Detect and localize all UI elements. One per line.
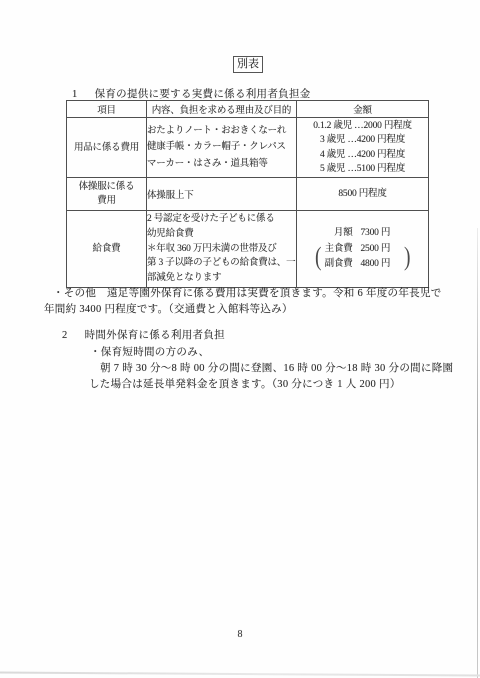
- supplies-amount-line4: 5 歳児 …5100 円程度: [297, 162, 428, 176]
- meal-staple-row: 主食費 2500 円: [323, 242, 403, 257]
- gym-amount-text: 8500 円程度: [338, 189, 386, 199]
- meal-staple-label: 主食費: [323, 242, 353, 257]
- meal-desc-line3: ＊年収 360 万円未満の世帯及び: [147, 242, 296, 257]
- table-row-supplies: 用品に係る費用 おたよりノート・おおきくなーれ 健康手帳・カラー帽子・クレパス …: [67, 118, 429, 178]
- supplies-amount-line3: 4 歳児 …4200 円程度: [297, 148, 428, 162]
- meal-side-label: 副食費: [323, 257, 353, 272]
- table-header-row: 項目 内容、負担を求める理由及び目的 金額: [67, 101, 429, 118]
- meal-monthly-label: 月額: [323, 226, 353, 241]
- section2-number: 2: [62, 330, 68, 341]
- bracket-left: (: [315, 243, 321, 271]
- meal-item-label: 給食費: [67, 242, 146, 256]
- column-header-item: 項目: [67, 101, 147, 118]
- meal-fees-block: 月額 7300 円 ( 主食費 2500 円 副食費: [297, 226, 428, 272]
- meal-bracket-rows: 主食費 2500 円 副食費 4800 円: [323, 242, 403, 272]
- meal-desc-line4: 第 3 子以降の子どもの給食費は、一: [147, 256, 296, 271]
- supplies-description-cell: おたよりノート・おおきくなーれ 健康手帳・カラー帽子・クレパス マーカー・はさみ…: [147, 118, 297, 178]
- appendix-tag-box: 別表: [233, 56, 263, 73]
- section2-heading: 2時間外保育に係る利用者負担: [62, 327, 225, 342]
- meal-staple-value: 2500 円: [361, 242, 403, 257]
- scan-edge-bottom-artifact: [0, 671, 480, 676]
- other-costs-note-line2: 年間約 3400 円程度です。（交通費と入館料等込み）: [44, 301, 293, 316]
- section2-title: 時間外保育に係る利用者負担: [85, 327, 225, 342]
- gym-desc-text: 体操服上下: [147, 191, 194, 201]
- meal-description-cell: 2 号認定を受けた子どもに係る 幼児給食費 ＊年収 360 万円未満の世帯及び …: [147, 211, 297, 288]
- scan-edge-right-artifact: [477, 228, 478, 678]
- table-row-meal-fee: 給食費 2 号認定を受けた子どもに係る 幼児給食費 ＊年収 360 万円未満の世…: [67, 211, 429, 288]
- gym-item-label-line2: 費用: [67, 194, 146, 208]
- other-costs-note-line1: ・その他 遠足等園外保育に係る費用は実費を頂きます。令和 6 年度の年長児で: [53, 285, 442, 300]
- table-row-gym-clothes: 体操服に係る 費用 体操服上下 8500 円程度: [67, 178, 429, 211]
- fees-table: 項目 内容、負担を求める理由及び目的 金額 用品に係る費用 おたよりノート・おお…: [66, 100, 429, 288]
- supplies-desc-line3: マーカー・はさみ・道具箱等: [147, 156, 296, 173]
- supplies-desc-line2: 健康手帳・カラー帽子・クレパス: [147, 139, 296, 156]
- section1-heading: 1保育の提供に要する実費に係る利用者負担金: [72, 86, 311, 101]
- gym-item-cell: 体操服に係る 費用: [67, 178, 147, 211]
- section2-detail-line2: した場合は延長単発料金を頂きます。（30 分につき 1 人 200 円）: [89, 376, 401, 391]
- gym-description-cell: 体操服上下: [147, 178, 297, 211]
- section1-number: 1: [72, 89, 78, 100]
- meal-desc-line1: 2 号認定を受けた子どもに係る: [147, 212, 296, 227]
- section2-bullet-line: ・保育短時間の方のみ、: [90, 344, 209, 359]
- column-header-description: 内容、負担を求める理由及び目的: [147, 101, 297, 118]
- bracket-right: ): [404, 243, 410, 271]
- supplies-item-cell: 用品に係る費用: [67, 118, 147, 178]
- supplies-amount-line2: 3 歳児 …4200 円程度: [297, 133, 428, 147]
- supplies-amount-line1: 0.1.2 歳児 …2000 円程度: [297, 119, 428, 133]
- supplies-amount-cell: 0.1.2 歳児 …2000 円程度 3 歳児 …4200 円程度 4 歳児 ……: [297, 118, 429, 178]
- scanned-document-page: 別表 1保育の提供に要する実費に係る利用者負担金 項目 内容、負担を求める理由及…: [0, 0, 480, 678]
- meal-amount-cell: 月額 7300 円 ( 主食費 2500 円 副食費: [297, 211, 429, 288]
- meal-bracket-group: ( 主食費 2500 円 副食費 4800 円: [314, 242, 411, 272]
- supplies-desc-line1: おたよりノート・おおきくなーれ: [147, 123, 296, 140]
- gym-item-label-line1: 体操服に係る: [67, 180, 146, 194]
- meal-desc-line2: 幼児給食費: [147, 227, 296, 242]
- page-number: 8: [0, 629, 480, 640]
- gym-amount-cell: 8500 円程度: [297, 178, 429, 211]
- meal-monthly-row: 月額 7300 円: [315, 226, 411, 241]
- meal-monthly-value: 7300 円: [361, 226, 403, 241]
- section1-title: 保育の提供に要する実費に係る利用者負担金: [95, 86, 311, 101]
- appendix-tag-label: 別表: [237, 58, 259, 70]
- section2-detail-line1: 朝 7 時 30 分～8 時 00 分の間に登園、16 時 00 分～18 時 …: [100, 360, 453, 375]
- meal-side-row: 副食費 4800 円: [323, 257, 403, 272]
- column-header-amount: 金額: [297, 101, 429, 118]
- supplies-item-label: 用品に係る費用: [67, 141, 146, 155]
- meal-side-value: 4800 円: [361, 257, 403, 272]
- meal-item-cell: 給食費: [67, 211, 147, 288]
